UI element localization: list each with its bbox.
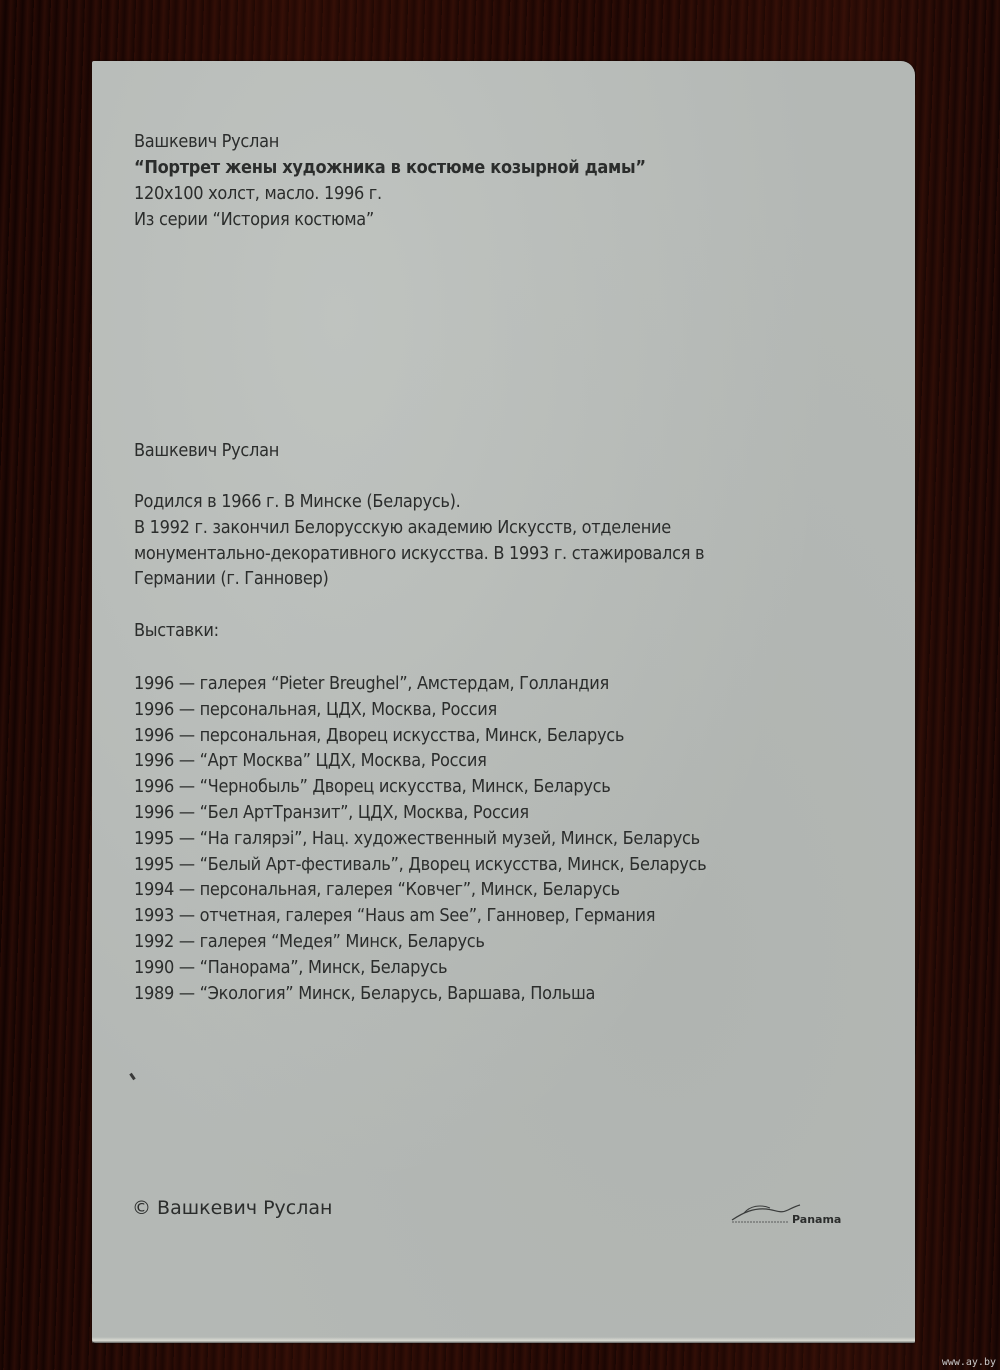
header-author: Вашкевич Руслан (134, 129, 279, 155)
exhibition-item: 1993 — отчетная, галерея “Haus am See”, … (134, 903, 706, 929)
exhibition-item: 1990 — “Панорама”, Минск, Беларусь (134, 955, 706, 981)
artwork-title: “Портрет жены художника в костюме козырн… (134, 155, 646, 181)
exhibition-item: 1996 — персональная, ЦДХ, Москва, Россия (134, 697, 706, 723)
svg-text:Panama: Panama (792, 1213, 841, 1226)
copyright-notice: © Вашкевич Руслан (132, 1197, 332, 1219)
exhibition-item: 1995 — “Белый Арт-фестиваль”, Дворец иск… (134, 852, 706, 878)
bio-line: Родился в 1966 г. В Минске (Беларусь). (134, 489, 704, 515)
bio-line: Германии (г. Ганновер) (134, 566, 704, 592)
artwork-details: 120x100 холст, масло. 1996 г. (134, 181, 382, 207)
exhibition-item: 1996 — “Арт Москва” ЦДХ, Москва, Россия (134, 748, 706, 774)
exhibition-item: 1996 — галерея “Pieter Breughel”, Амстер… (134, 671, 706, 697)
site-watermark: www.ay.by (942, 1357, 996, 1368)
exhibition-item: 1992 — галерея “Медея” Минск, Беларусь (134, 929, 706, 955)
exhibition-item: 1994 — персональная, галерея “Ковчег”, М… (134, 877, 706, 903)
exhibition-item: 1996 — “Бел АртТранзит”, ЦДХ, Москва, Ро… (134, 800, 706, 826)
exhibition-item: 1996 — персональная, Дворец искусства, М… (134, 723, 706, 749)
publisher-logo-icon: Panama (730, 1200, 842, 1228)
artwork-series: Из серии “История костюма” (134, 207, 374, 233)
bio-name: Вашкевич Руслан (134, 438, 279, 464)
biography: Родился в 1966 г. В Минске (Беларусь). В… (134, 489, 704, 592)
bio-line: монументально-декоративного искусства. В… (134, 541, 704, 567)
exhibitions-list: 1996 — галерея “Pieter Breughel”, Амстер… (134, 671, 706, 1006)
exhibition-item: 1989 — “Экология” Минск, Беларусь, Варша… (134, 981, 706, 1007)
exhibition-item: 1995 — “На галярэі”, Нац. художественный… (134, 826, 706, 852)
bio-line: В 1992 г. закончил Белорусскую академию … (134, 515, 704, 541)
exhibitions-heading: Выставки: (134, 618, 219, 644)
exhibition-item: 1996 — “Чернобыль” Дворец искусства, Мин… (134, 774, 706, 800)
